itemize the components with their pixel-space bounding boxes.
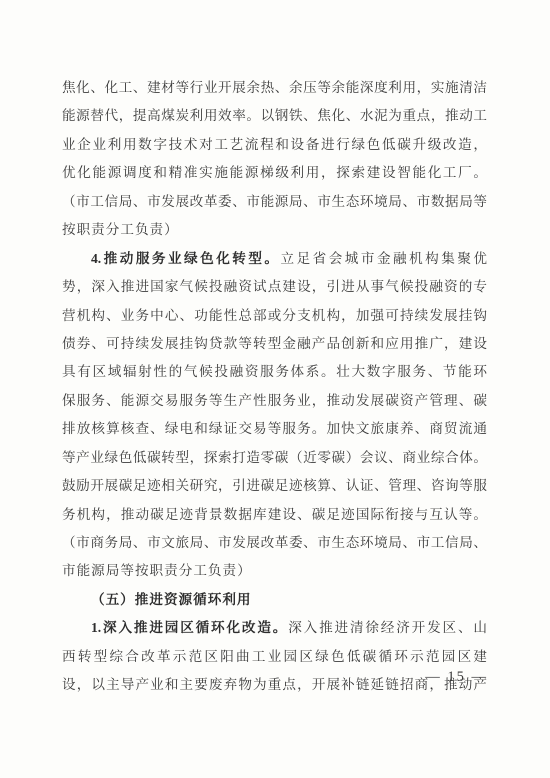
text-line: 营机构、业务中心、功能性总部或分支机构，加强可持续发展挂钩 bbox=[62, 302, 487, 330]
text-segment: （市工信局、市发展改革委、市能源局、市生态环境局、市数据局等 bbox=[62, 194, 487, 209]
text-segment: 等产业绿色低碳转型，探索打造零碳（近零碳）会议、商业综合体。 bbox=[62, 450, 487, 465]
document-page: 焦化、化工、建材等行业开展余热、余压等余能深度利用，实施清洁能源替代，提高煤炭利… bbox=[0, 0, 550, 778]
text-line: （五）推进资源循环利用 bbox=[62, 586, 487, 614]
text-segment: 务机构，推动碳足迹背景数据库建设、碳足迹国际衔接与互认等。 bbox=[62, 507, 487, 522]
text-segment: 债券、可持续发展挂钩贷款等转型金融产品创新和应用推广，建设 bbox=[62, 336, 487, 351]
text-segment-bold: 4.推动服务业绿色化转型。 bbox=[91, 251, 281, 266]
text-line: 1.深入推进园区循环化改造。深入推进清徐经济开发区、山 bbox=[62, 614, 487, 642]
text-segment: （市商务局、市文旅局、市发展改革委、市生态环境局、市工信局、 bbox=[62, 535, 487, 550]
text-line: （市工信局、市发展改革委、市能源局、市生态环境局、市数据局等 bbox=[62, 188, 487, 216]
text-line: 4.推动服务业绿色化转型。立足省会城市金融机构集聚优 bbox=[62, 245, 487, 273]
text-line: 能源替代，提高煤炭利用效率。以钢铁、焦化、水泥为重点，推动工 bbox=[62, 102, 487, 130]
text-line: 优化能源调度和精准实施能源梯级利用，探索建设智能化工厂。 bbox=[62, 159, 487, 187]
text-line: 鼓励开展碳足迹相关研究，引进碳足迹核算、认证、管理、咨询等服 bbox=[62, 472, 487, 500]
text-line: 设，以主导产业和主要废弃物为重点，开展补链延链招商，推动产 bbox=[62, 671, 487, 699]
text-line: 排放核算核查、绿电和绿证交易等服务。加快文旅康养、商贸流通 bbox=[62, 415, 487, 443]
text-line: 务机构，推动碳足迹背景数据库建设、碳足迹国际衔接与互认等。 bbox=[62, 501, 487, 529]
text-line: 债券、可持续发展挂钩贷款等转型金融产品创新和应用推广，建设 bbox=[62, 330, 487, 358]
text-segment: 鼓励开展碳足迹相关研究，引进碳足迹核算、认证、管理、咨询等服 bbox=[62, 478, 487, 493]
text-line: 业企业利用数字技术对工艺流程和设备进行绿色低碳升级改造， bbox=[62, 131, 487, 159]
text-segment: 排放核算核查、绿电和绿证交易等服务。加快文旅康养、商贸流通 bbox=[62, 421, 487, 436]
text-segment: 深入推进清徐经济开发区、山 bbox=[288, 620, 487, 635]
text-segment: 势，深入推进国家气候投融资试点建设，引进从事气候投融资的专 bbox=[62, 279, 487, 294]
page-number: — 15 — bbox=[425, 666, 488, 688]
text-line: 保服务、能源交易服务等生产性服务业，推动发展碳资产管理、碳 bbox=[62, 387, 487, 415]
text-line: 等产业绿色低碳转型，探索打造零碳（近零碳）会议、商业综合体。 bbox=[62, 444, 487, 472]
text-segment: 按职责分工负责） bbox=[62, 222, 179, 237]
text-segment: 市能源局等按职责分工负责） bbox=[62, 563, 252, 578]
text-line: （市商务局、市文旅局、市发展改革委、市生态环境局、市工信局、 bbox=[62, 529, 487, 557]
text-segment-bold: 1.深入推进园区循环化改造。 bbox=[91, 620, 288, 635]
text-segment: 西转型综合改革示范区阳曲工业园区绿色低碳循环示范园区建 bbox=[62, 649, 487, 664]
text-line: 按职责分工负责） bbox=[62, 216, 487, 244]
text-segment-bold: （五）推进资源循环利用 bbox=[91, 592, 252, 607]
document-text-block: 焦化、化工、建材等行业开展余热、余压等余能深度利用，实施清洁能源替代，提高煤炭利… bbox=[62, 74, 487, 700]
text-segment: 立足省会城市金融机构集聚优 bbox=[281, 251, 488, 266]
text-segment: 能源替代，提高煤炭利用效率。以钢铁、焦化、水泥为重点，推动工 bbox=[62, 108, 487, 123]
text-line: 焦化、化工、建材等行业开展余热、余压等余能深度利用，实施清洁 bbox=[62, 74, 487, 102]
text-segment: 焦化、化工、建材等行业开展余热、余压等余能深度利用，实施清洁 bbox=[62, 80, 487, 95]
text-segment: 优化能源调度和精准实施能源梯级利用，探索建设智能化工厂。 bbox=[62, 165, 487, 180]
text-line: 西转型综合改革示范区阳曲工业园区绿色低碳循环示范园区建 bbox=[62, 643, 487, 671]
text-line: 势，深入推进国家气候投融资试点建设，引进从事气候投融资的专 bbox=[62, 273, 487, 301]
text-line: 市能源局等按职责分工负责） bbox=[62, 557, 487, 585]
text-segment: 具有区域辐射性的气候投融资服务体系。壮大数字服务、节能环 bbox=[62, 364, 487, 379]
text-segment: 营机构、业务中心、功能性总部或分支机构，加强可持续发展挂钩 bbox=[62, 308, 487, 323]
text-line: 具有区域辐射性的气候投融资服务体系。壮大数字服务、节能环 bbox=[62, 358, 487, 386]
text-segment: 业企业利用数字技术对工艺流程和设备进行绿色低碳升级改造， bbox=[62, 137, 487, 152]
text-segment: 设，以主导产业和主要废弃物为重点，开展补链延链招商，推动产 bbox=[62, 677, 487, 692]
text-segment: 保服务、能源交易服务等生产性服务业，推动发展碳资产管理、碳 bbox=[62, 393, 487, 408]
